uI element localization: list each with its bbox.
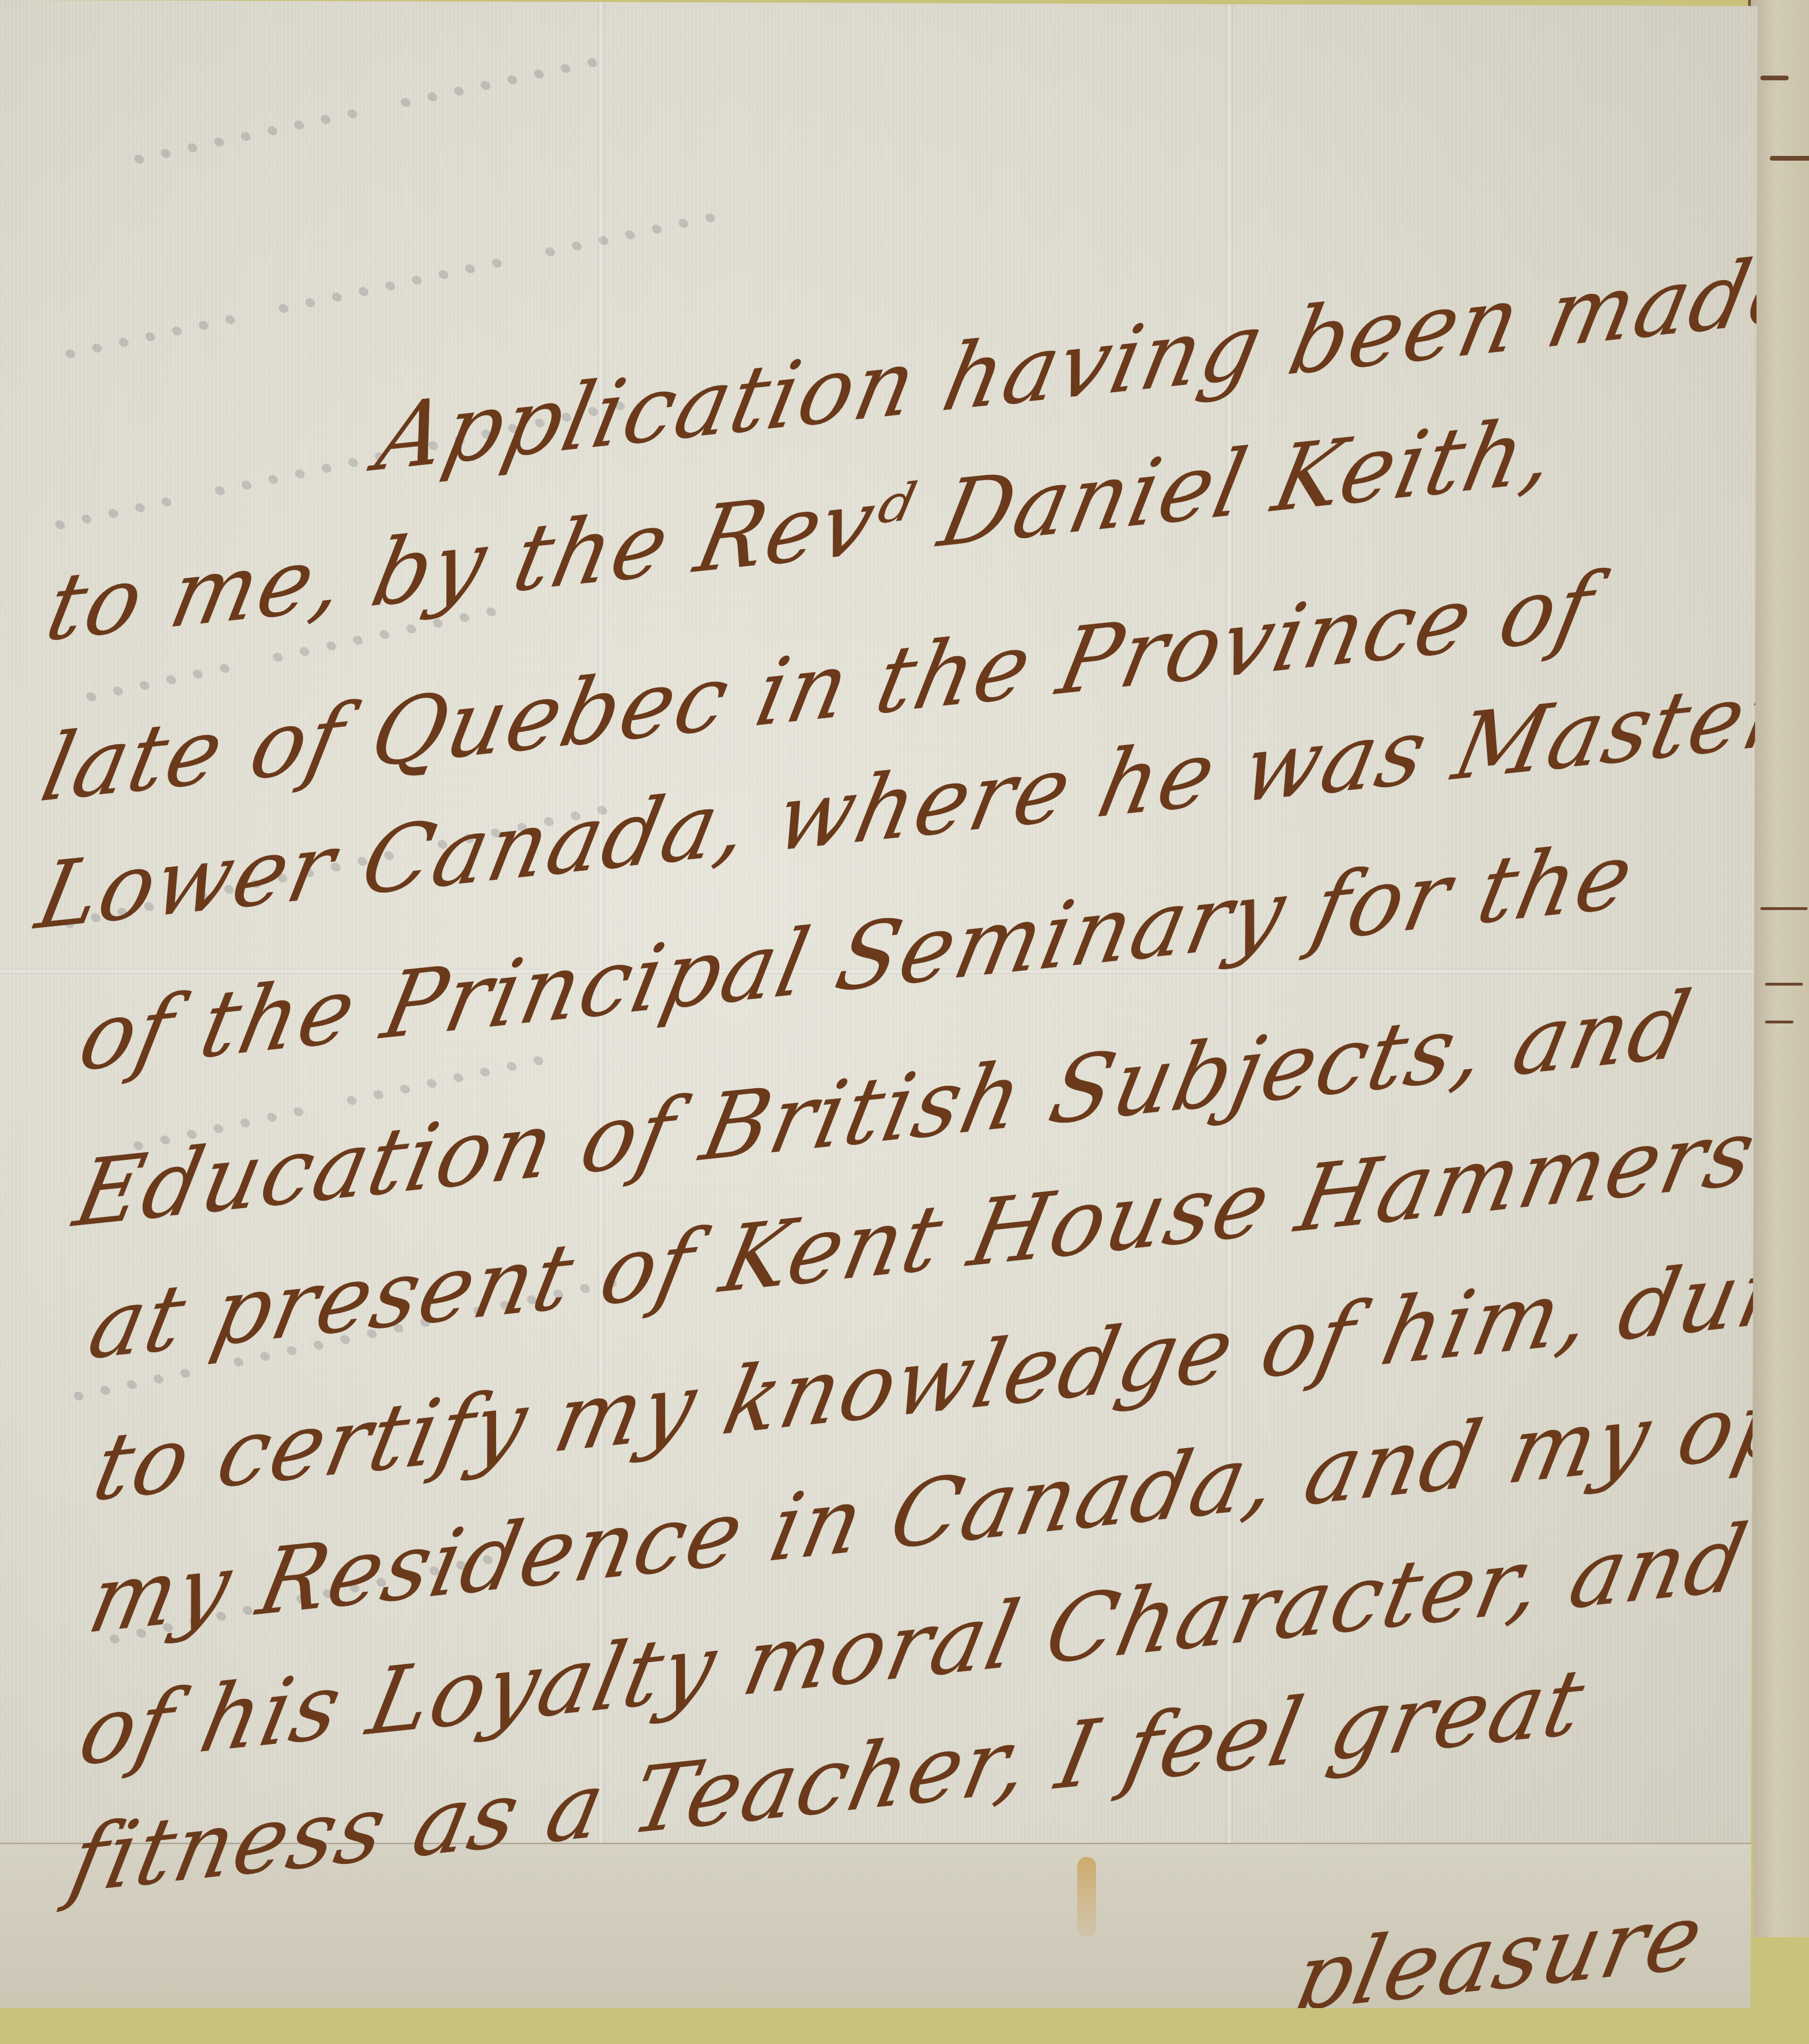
letter-page: ········ ········· ······· ········· ···… (0, 0, 1758, 2008)
marginal-ink-mark (1770, 156, 1809, 161)
marginal-ink-mark (1765, 983, 1803, 986)
underlying-page-edge (1748, 0, 1809, 1937)
paper-stain (1077, 1857, 1096, 1937)
marginal-ink-mark (1760, 76, 1789, 80)
marginal-ink-mark (1760, 907, 1808, 910)
bleed-through-text: ········ ········· (115, 21, 612, 203)
marginal-ink-mark (1765, 1021, 1793, 1023)
photo-background: ········ ········· ······· ········· ···… (0, 0, 1809, 2044)
